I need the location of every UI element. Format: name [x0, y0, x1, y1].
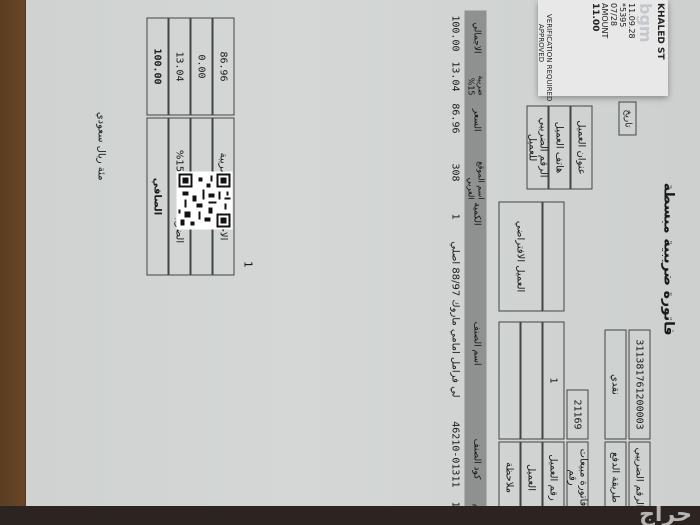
customer-phone-label: هاتف العميل — [548, 105, 570, 189]
row-location: 308 — [449, 163, 460, 181]
header-price: السعر — [471, 108, 481, 131]
payment-method-label: طريقة الدفع — [604, 441, 626, 513]
tax-number-value: 311381761200003 — [628, 329, 650, 439]
date-label: تاريخ — [618, 101, 636, 135]
customer-address-label: عنوان العميل — [570, 105, 592, 189]
customer-value-empty — [520, 321, 542, 439]
items-table-header: م كود الصنف اسم الصنف الكمية اسم الموقع … — [464, 10, 486, 515]
customer-number-value: 1 — [542, 321, 564, 439]
payment-method-value: نقدي — [604, 329, 626, 439]
row-price: 86.96 — [449, 103, 460, 133]
receipt-amount: 11.00 — [590, 3, 600, 99]
header-location: اسم الموقع العربي — [465, 143, 485, 199]
receipt-approved: APPROVED — [537, 24, 545, 84]
receipt-card-masked: *5395 — [618, 3, 627, 99]
totals-value-pre-tax: 86.96 — [212, 17, 234, 115]
row-quantity: 1 — [449, 213, 460, 219]
receipt-expiry: 07/28 — [609, 3, 618, 99]
row-vat: 13.04 — [449, 61, 460, 91]
header-total: الاجمالي — [471, 22, 481, 53]
totals-value-vat: 13.04 — [168, 17, 190, 115]
receipt-approved-en: APPROVED — [537, 24, 545, 62]
receipt-verification-en: VERIFICATION REQUIRED — [545, 14, 553, 101]
amount-in-words: مئة ريال سعودي — [95, 111, 106, 180]
receipt-street: KHALED ST — [655, 3, 665, 99]
row-total: 100.00 — [449, 15, 460, 51]
customer-number-label: رقم العميل — [542, 441, 564, 513]
receipt-brand: bgm — [636, 3, 655, 99]
table-row: 1 46210-01311 لي فرامل امامي ماروك 88/97… — [440, 10, 460, 515]
receipt-verification: VERIFICATION REQUIRED — [545, 14, 553, 101]
totals-label-net: الصافي — [146, 117, 168, 275]
receipt-amount-label: AMOUNT — [600, 3, 609, 99]
header-quantity: الكمية — [471, 202, 481, 225]
customer-field-empty-1 — [542, 201, 564, 311]
notes-value — [498, 321, 520, 439]
receipt-date: 11.09.28 — [627, 3, 636, 99]
bottom-edge-shadow — [0, 506, 700, 525]
header-vat: ضريبة 15% — [465, 61, 485, 95]
page-number: 1 — [241, 260, 254, 267]
totals-value-discount: 0.00 — [190, 17, 212, 115]
haraj-watermark: حراج — [639, 502, 692, 525]
sales-invoice-number: 21169 — [566, 389, 588, 439]
card-payment-receipt: KHALED ST bgm 11.09.28 *5395 07/28 AMOUN… — [538, 0, 668, 96]
header-item-code: كود الصنف — [471, 438, 481, 479]
notes-label: ملاحظة — [498, 441, 520, 513]
customer-label: العميل — [520, 441, 542, 513]
customer-tax-number-label: الرقم الضريبي للعميل — [526, 105, 548, 189]
row-item-code: 46210-01311 — [449, 421, 460, 487]
invoice-title: فاتورة ضريبية مبسطة — [660, 182, 676, 335]
sales-invoice-label: فاتورة مبيعات رقم — [566, 441, 588, 513]
customer-name: العميل الافتراضي — [498, 201, 542, 311]
row-item-name: لي فرامل امامي ماروك 88/97 اصلي — [449, 241, 460, 397]
header-item-name: اسم الصنف — [471, 321, 481, 365]
qr-code — [176, 171, 232, 229]
totals-value-net: 100.00 — [146, 17, 168, 115]
